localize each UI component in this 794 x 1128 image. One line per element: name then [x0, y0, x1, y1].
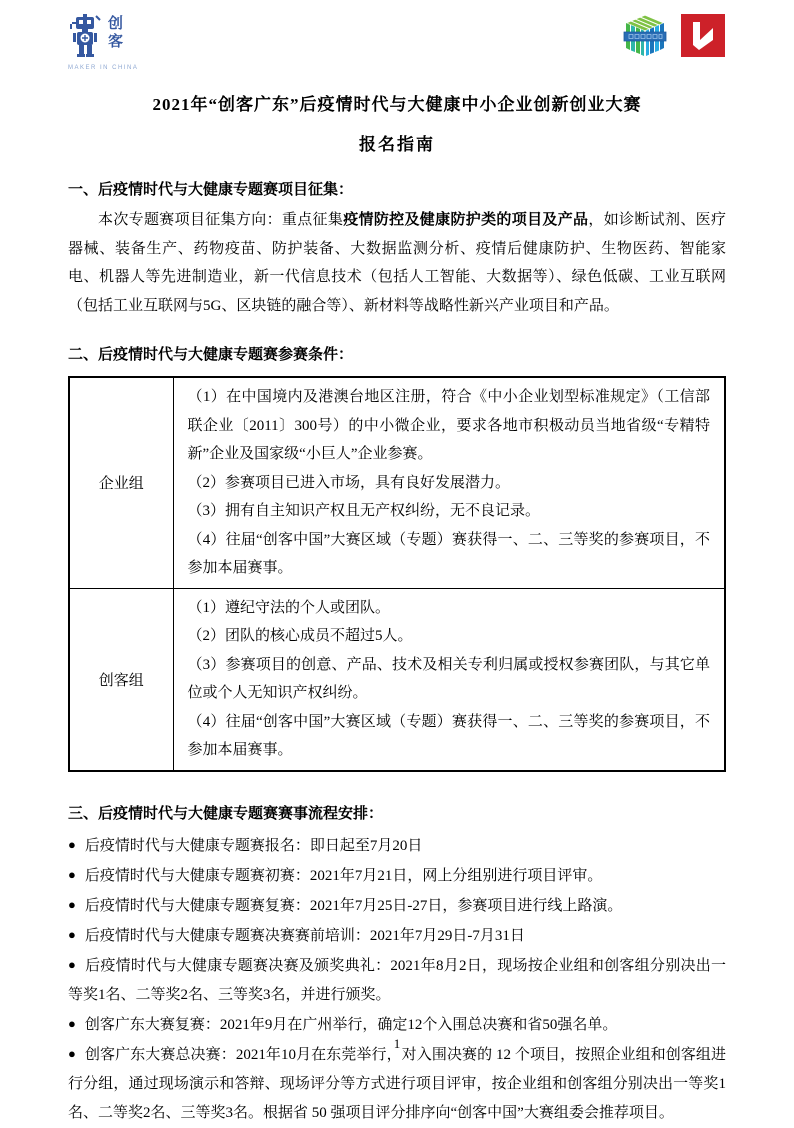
bullet-icon: ● [68, 1016, 76, 1031]
logo-char-ke: 客 [108, 33, 123, 51]
bullet-icon: ● [68, 927, 76, 942]
bullet-text: 后疫情时代与大健康专题赛复赛：2021年7月25日-27日，参赛项目进行线上路演… [85, 898, 623, 914]
condition-item: （2）参赛项目已进入市场，具有良好发展潜力。 [188, 469, 711, 498]
group-label-enterprise: 企业组 [69, 377, 173, 588]
bullet-item-preliminary: ●后疫情时代与大健康专题赛初赛：2021年7月21日，网上分组别进行项目评审。 [68, 861, 726, 891]
table-row-enterprise-group: 企业组 （1）在中国境内及港澳台地区注册，符合《中小企业划型标准规定》（工信部联… [69, 377, 725, 588]
bullet-icon: ● [68, 897, 76, 912]
para-text-pre: 本次专题赛项目征集方向：重点征集 [98, 212, 343, 228]
bullet-text: 后疫情时代与大健康专题赛初赛：2021年7月21日，网上分组别进行项目评审。 [85, 868, 603, 884]
bullet-text: 创客广东大赛总决赛：2021年10月在东莞举行，对入围决赛的 12 个项目，按照… [68, 1047, 726, 1121]
bullet-item-final-awards: ●后疫情时代与大健康专题赛决赛及颁奖典礼：2021年8月2日，现场按企业组和创客… [68, 951, 726, 1010]
maker-conditions-cell: （1）遵纪守法的个人或团队。 （2）团队的核心成员不超过5人。 （3）参赛项目的… [173, 588, 725, 771]
entry-conditions-table: 企业组 （1）在中国境内及港澳台地区注册，符合《中小企业划型标准规定》（工信部联… [68, 376, 726, 772]
bullet-text: 后疫情时代与大健康专题赛决赛赛前培训：2021年7月29日-7月31日 [85, 928, 525, 944]
robot-mascot-icon [68, 14, 104, 63]
maker-in-china-logo: 创 客 MAKER IN CHINA [68, 14, 138, 71]
document-subtitle: 报名指南 [68, 130, 726, 155]
bullet-icon: ● [68, 957, 76, 972]
section1-heading: 一、后疫情时代与大健康专题赛项目征集： [68, 178, 726, 199]
page-header: 创 客 MAKER IN CHINA [68, 14, 726, 70]
bullet-item-signup: ●后疫情时代与大健康专题赛报名：即日起至7月20日 [68, 831, 726, 861]
bullet-text: 后疫情时代与大健康专题赛决赛及颁奖典礼：2021年8月2日，现场按企业组和创客组… [68, 958, 726, 1003]
document-page: 创 客 MAKER IN CHINA [0, 0, 794, 1128]
section2-heading: 二、后疫情时代与大健康专题赛参赛条件： [68, 343, 726, 364]
bullet-text: 后疫情时代与大健康专题赛报名：即日起至7月20日 [85, 838, 423, 854]
document-title: 2021年“创客广东”后疫情时代与大健康中小企业创新创业大赛 [68, 90, 726, 115]
para-text-bold: 疫情防控及健康防护类的项目及产品 [343, 212, 588, 228]
section3-heading: 三、后疫情时代与大健康专题赛赛事流程安排： [68, 802, 726, 823]
maker-logo-tagline: MAKER IN CHINA [68, 65, 138, 71]
condition-item: （3）拥有自主知识产权且无产权纠纷，无不良记录。 [188, 497, 711, 526]
bullet-item-gd-grandfinal: ●创客广东大赛总决赛：2021年10月在东莞举行，对入围决赛的 12 个项目，按… [68, 1040, 726, 1128]
red-l-logo-icon [680, 14, 726, 63]
bullet-icon: ● [68, 837, 76, 852]
schedule-bullet-list: ●后疫情时代与大健康专题赛报名：即日起至7月20日 ●后疫情时代与大健康专题赛初… [68, 831, 726, 1128]
condition-item: （1）在中国境内及港澳台地区注册，符合《中小企业划型标准规定》（工信部联企业〔2… [188, 383, 711, 469]
bullet-text: 创客广东大赛复赛：2021年9月在广州举行，确定12个入围总决赛和省50强名单。 [85, 1017, 618, 1033]
section1-paragraph: 本次专题赛项目征集方向：重点征集疫情防控及健康防护类的项目及产品，如诊断试剂、医… [68, 206, 726, 320]
cube-expo-logo-icon [622, 14, 668, 63]
bullet-item-semifinal: ●后疫情时代与大健康专题赛复赛：2021年7月25日-27日，参赛项目进行线上路… [68, 891, 726, 921]
condition-item: （4）往届“创客中国”大赛区域（专题）赛获得一、二、三等奖的参赛项目，不参加本届… [188, 526, 711, 583]
maker-logo-wordmark: 创 客 [108, 15, 123, 51]
logo-char-chuang: 创 [108, 15, 123, 33]
enterprise-conditions-cell: （1）在中国境内及港澳台地区注册，符合《中小企业划型标准规定》（工信部联企业〔2… [173, 377, 725, 588]
bullet-item-gd-semifinal: ●创客广东大赛复赛：2021年9月在广州举行，确定12个入围总决赛和省50强名单… [68, 1010, 726, 1040]
partner-logos [622, 14, 726, 63]
page-number: 1 [0, 1036, 794, 1052]
group-label-maker: 创客组 [69, 588, 173, 771]
bullet-icon: ● [68, 867, 76, 882]
condition-item: （1）遵纪守法的个人或团队。 [188, 594, 711, 623]
table-row-maker-group: 创客组 （1）遵纪守法的个人或团队。 （2）团队的核心成员不超过5人。 （3）参… [69, 588, 725, 771]
condition-item: （3）参赛项目的创意、产品、技术及相关专利归属或授权参赛团队，与其它单位或个人无… [188, 651, 711, 708]
condition-item: （4）往届“创客中国”大赛区域（专题）赛获得一、二、三等奖的参赛项目，不参加本届… [188, 708, 711, 765]
bullet-item-training: ●后疫情时代与大健康专题赛决赛赛前培训：2021年7月29日-7月31日 [68, 921, 726, 951]
condition-item: （2）团队的核心成员不超过5人。 [188, 622, 711, 651]
